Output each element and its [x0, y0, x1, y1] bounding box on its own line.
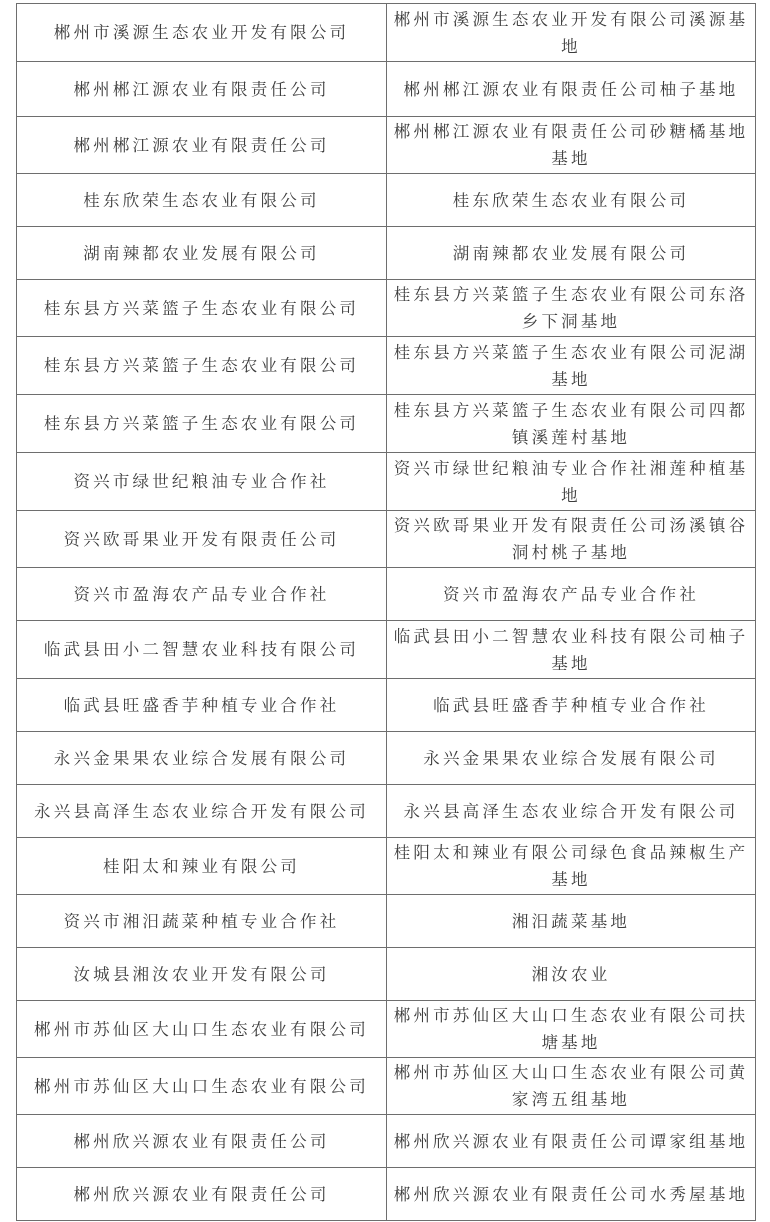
- company-name-cell: 郴州市苏仙区大山口生态农业有限公司: [17, 1058, 387, 1115]
- base-name-cell: 湘汝农业: [387, 948, 756, 1001]
- table-row: 桂东县方兴菜篮子生态农业有限公司 桂东县方兴菜篮子生态农业有限公司四都镇溪莲村基…: [17, 395, 756, 453]
- company-name-cell: 桂东县方兴菜篮子生态农业有限公司: [17, 280, 387, 337]
- table-row: 郴州郴江源农业有限责任公司 郴州郴江源农业有限责任公司砂糖橘基地基地: [17, 117, 756, 174]
- company-name-cell: 汝城县湘汝农业开发有限公司: [17, 948, 387, 1001]
- company-name-cell: 临武县旺盛香芋种植专业合作社: [17, 679, 387, 732]
- base-name-cell: 永兴县高泽生态农业综合开发有限公司: [387, 785, 756, 838]
- base-name-cell: 湘汨蔬菜基地: [387, 895, 756, 948]
- base-name-cell: 桂阳太和辣业有限公司绿色食品辣椒生产基地: [387, 838, 756, 895]
- company-name-cell: 湖南辣都农业发展有限公司: [17, 227, 387, 280]
- table-row: 郴州欣兴源农业有限责任公司 郴州欣兴源农业有限责任公司水秀屋基地: [17, 1168, 756, 1221]
- base-name-cell: 资兴市绿世纪粮油专业合作社湘莲种植基地: [387, 453, 756, 511]
- base-name-cell: 临武县田小二智慧农业科技有限公司柚子基地: [387, 621, 756, 679]
- company-name-cell: 郴州欣兴源农业有限责任公司: [17, 1115, 387, 1168]
- base-name-cell: 桂东县方兴菜篮子生态农业有限公司东洛乡下洞基地: [387, 280, 756, 337]
- table-row: 湖南辣都农业发展有限公司 湖南辣都农业发展有限公司: [17, 227, 756, 280]
- base-name-cell: 桂东县方兴菜篮子生态农业有限公司四都镇溪莲村基地: [387, 395, 756, 453]
- company-name-cell: 资兴市绿世纪粮油专业合作社: [17, 453, 387, 511]
- agri-base-table: 郴州市溪源生态农业开发有限公司 郴州市溪源生态农业开发有限公司溪源基地 郴州郴江…: [16, 3, 756, 1221]
- table-row: 永兴县高泽生态农业综合开发有限公司 永兴县高泽生态农业综合开发有限公司: [17, 785, 756, 838]
- table-row: 桂东县方兴菜篮子生态农业有限公司 桂东县方兴菜篮子生态农业有限公司东洛乡下洞基地: [17, 280, 756, 337]
- table-row: 汝城县湘汝农业开发有限公司 湘汝农业: [17, 948, 756, 1001]
- company-name-cell: 郴州市溪源生态农业开发有限公司: [17, 4, 387, 62]
- table-row: 资兴欧哥果业开发有限责任公司 资兴欧哥果业开发有限责任公司汤溪镇谷洞村桃子基地: [17, 511, 756, 568]
- company-name-cell: 永兴金果果农业综合发展有限公司: [17, 732, 387, 785]
- base-name-cell: 郴州郴江源农业有限责任公司砂糖橘基地基地: [387, 117, 756, 174]
- table-row: 郴州市溪源生态农业开发有限公司 郴州市溪源生态农业开发有限公司溪源基地: [17, 4, 756, 62]
- base-name-cell: 郴州市苏仙区大山口生态农业有限公司扶塘基地: [387, 1001, 756, 1058]
- table-row: 资兴市湘汨蔬菜种植专业合作社 湘汨蔬菜基地: [17, 895, 756, 948]
- company-name-cell: 郴州市苏仙区大山口生态农业有限公司: [17, 1001, 387, 1058]
- company-name-cell: 郴州郴江源农业有限责任公司: [17, 117, 387, 174]
- base-name-cell: 郴州市溪源生态农业开发有限公司溪源基地: [387, 4, 756, 62]
- table-row: 永兴金果果农业综合发展有限公司 永兴金果果农业综合发展有限公司: [17, 732, 756, 785]
- table-row: 郴州欣兴源农业有限责任公司 郴州欣兴源农业有限责任公司谭家组基地: [17, 1115, 756, 1168]
- agri-base-table-container: 郴州市溪源生态农业开发有限公司 郴州市溪源生态农业开发有限公司溪源基地 郴州郴江…: [16, 3, 755, 1221]
- company-name-cell: 桂东县方兴菜篮子生态农业有限公司: [17, 337, 387, 395]
- company-name-cell: 资兴欧哥果业开发有限责任公司: [17, 511, 387, 568]
- base-name-cell: 永兴金果果农业综合发展有限公司: [387, 732, 756, 785]
- table-row: 临武县田小二智慧农业科技有限公司 临武县田小二智慧农业科技有限公司柚子基地: [17, 621, 756, 679]
- table-row: 资兴市绿世纪粮油专业合作社 资兴市绿世纪粮油专业合作社湘莲种植基地: [17, 453, 756, 511]
- base-name-cell: 资兴欧哥果业开发有限责任公司汤溪镇谷洞村桃子基地: [387, 511, 756, 568]
- base-name-cell: 郴州欣兴源农业有限责任公司谭家组基地: [387, 1115, 756, 1168]
- company-name-cell: 桂东欣荣生态农业有限公司: [17, 174, 387, 227]
- company-name-cell: 郴州欣兴源农业有限责任公司: [17, 1168, 387, 1221]
- company-name-cell: 郴州郴江源农业有限责任公司: [17, 62, 387, 117]
- base-name-cell: 湖南辣都农业发展有限公司: [387, 227, 756, 280]
- table-row: 资兴市盈海农产品专业合作社 资兴市盈海农产品专业合作社: [17, 568, 756, 621]
- company-name-cell: 临武县田小二智慧农业科技有限公司: [17, 621, 387, 679]
- table-row: 桂阳太和辣业有限公司 桂阳太和辣业有限公司绿色食品辣椒生产基地: [17, 838, 756, 895]
- base-name-cell: 资兴市盈海农产品专业合作社: [387, 568, 756, 621]
- company-name-cell: 桂东县方兴菜篮子生态农业有限公司: [17, 395, 387, 453]
- base-name-cell: 郴州郴江源农业有限责任公司柚子基地: [387, 62, 756, 117]
- table-row: 桂东欣荣生态农业有限公司 桂东欣荣生态农业有限公司: [17, 174, 756, 227]
- base-name-cell: 郴州欣兴源农业有限责任公司水秀屋基地: [387, 1168, 756, 1221]
- company-name-cell: 资兴市湘汨蔬菜种植专业合作社: [17, 895, 387, 948]
- company-name-cell: 桂阳太和辣业有限公司: [17, 838, 387, 895]
- table-row: 桂东县方兴菜篮子生态农业有限公司 桂东县方兴菜篮子生态农业有限公司泥湖基地: [17, 337, 756, 395]
- company-name-cell: 资兴市盈海农产品专业合作社: [17, 568, 387, 621]
- table-row: 郴州市苏仙区大山口生态农业有限公司 郴州市苏仙区大山口生态农业有限公司黄家湾五组…: [17, 1058, 756, 1115]
- base-name-cell: 桂东县方兴菜篮子生态农业有限公司泥湖基地: [387, 337, 756, 395]
- table-row: 郴州市苏仙区大山口生态农业有限公司 郴州市苏仙区大山口生态农业有限公司扶塘基地: [17, 1001, 756, 1058]
- table-row: 临武县旺盛香芋种植专业合作社 临武县旺盛香芋种植专业合作社: [17, 679, 756, 732]
- table-body: 郴州市溪源生态农业开发有限公司 郴州市溪源生态农业开发有限公司溪源基地 郴州郴江…: [17, 4, 756, 1221]
- table-row: 郴州郴江源农业有限责任公司 郴州郴江源农业有限责任公司柚子基地: [17, 62, 756, 117]
- base-name-cell: 临武县旺盛香芋种植专业合作社: [387, 679, 756, 732]
- company-name-cell: 永兴县高泽生态农业综合开发有限公司: [17, 785, 387, 838]
- base-name-cell: 郴州市苏仙区大山口生态农业有限公司黄家湾五组基地: [387, 1058, 756, 1115]
- base-name-cell: 桂东欣荣生态农业有限公司: [387, 174, 756, 227]
